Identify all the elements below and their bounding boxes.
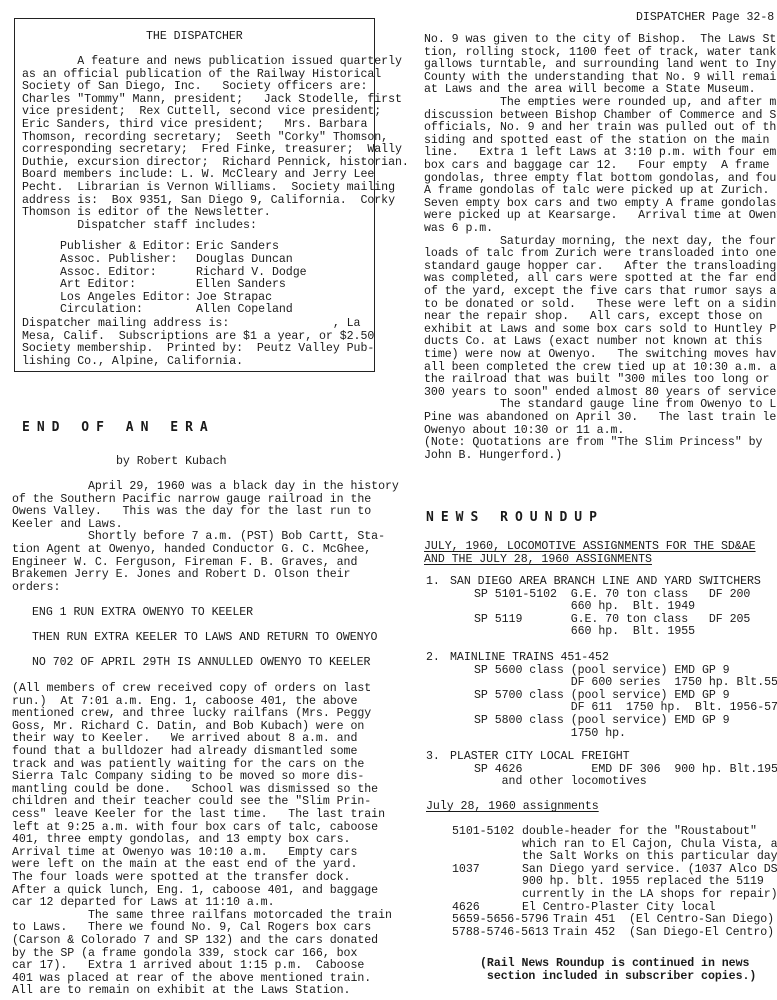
- article-text-line: gondolas, three empty flat bottom gondol…: [424, 173, 777, 185]
- article-text-line: tion, rolling stock, 1100 feet of track,…: [424, 47, 777, 59]
- assignment-unit: 5101-5102: [452, 826, 514, 838]
- right-column: No. 9 was given to the city of Bishop. T…: [0, 0, 777, 1000]
- section-detail-line: DF 600 series 1750 hp. Blt.55-6: [474, 677, 777, 689]
- section-detail-line: SP 5101-5102 G.E. 70 ton class DF 200: [474, 589, 750, 601]
- section-detail-line: DF 611 1750 hp. Blt. 1956-57: [474, 702, 777, 714]
- article-text-line: County with the understanding that No. 9…: [424, 72, 777, 84]
- article-text-line: gallows turntable, and surrounding land …: [424, 59, 777, 71]
- section-number: 3.: [426, 751, 440, 763]
- assignment-unit: 1037: [452, 864, 480, 876]
- article-text-line: John B. Hungerford.): [424, 450, 562, 462]
- section-detail-line: SP 4626 EMD DF 306 900 hp. Blt.1954: [474, 764, 777, 776]
- article-text-line: A frame gondolas of talc were picked up …: [424, 185, 769, 197]
- section-detail-line: SP 5600 class (pool service) EMD GP 9: [474, 665, 730, 677]
- article-text-line: The standard gauge line from Owenyo to L…: [424, 399, 777, 411]
- article-text-line: ducts Co. at Laws (exact number not know…: [424, 336, 762, 348]
- article-text-line: exhibit at Laws and some box cars sold t…: [424, 324, 777, 336]
- july28-heading: July 28, 1960 assignments: [426, 801, 599, 813]
- article-text-line: line. Extra 1 left Laws at 3:10 p.m. wit…: [424, 147, 777, 159]
- article-text-line: all been completed the crew tied up at 1…: [424, 362, 777, 374]
- assignment-detail: Train 451 (El Centro-San Diego): [553, 914, 774, 926]
- section-detail-line: 1750 hp.: [474, 728, 626, 740]
- section-detail-line: 660 hp. Blt. 1949: [474, 601, 695, 613]
- article-text-line: was completed, all cars were spotted at …: [424, 273, 777, 285]
- article-text-line: Pine was abandoned on April 30. The last…: [424, 412, 777, 424]
- news-footnote: (Rail News Roundup is continued in news: [480, 958, 749, 970]
- section-detail-line: SP 5700 class (pool service) EMD GP 9: [474, 690, 730, 702]
- article-text-line: were picked up at Kearsarge. Arrival tim…: [424, 210, 777, 222]
- assignment-detail: 900 hp. blt. 1955 replaced the 5119: [522, 876, 764, 888]
- assignment-unit: 4626: [452, 902, 480, 914]
- article-text-line: Saturday morning, the next day, the four: [424, 236, 776, 248]
- section-heading: MAINLINE TRAINS 451-452: [450, 652, 609, 664]
- section-detail-line: SP 5119 G.E. 70 ton class DF 205: [474, 614, 750, 626]
- assignment-detail: El Centro-Plaster City local: [522, 902, 715, 914]
- news-footnote: section included in subscriber copies.): [480, 971, 756, 983]
- news-subtitle: JULY, 1960, LOCOMOTIVE ASSIGNMENTS FOR T…: [424, 541, 756, 553]
- assignment-detail: double-header for the "Roustabout": [522, 826, 757, 838]
- section-detail-line: 660 hp. Blt. 1955: [474, 626, 695, 638]
- assignment-detail: San Diego yard service. (1037 Alco DS 9: [522, 864, 777, 876]
- section-heading: PLASTER CITY LOCAL FREIGHT: [450, 751, 630, 763]
- article-text-line: was 6 p.m.: [424, 223, 493, 235]
- assignment-detail: Train 452 (San Diego-El Centro): [553, 927, 774, 939]
- article-text-line: Seven empty box cars and two empty A fra…: [424, 198, 776, 210]
- section-number: 2.: [426, 652, 440, 664]
- article-text-line: the railroad that was built "300 miles t…: [424, 374, 769, 386]
- assignment-unit: 5659-5656-5796: [452, 914, 549, 926]
- article-text-line: to be donated or sold. These were left o…: [424, 299, 777, 311]
- article-text-line: The empties were rounded up, and after m…: [424, 97, 777, 109]
- news-roundup-title: NEWS ROUNDUP: [426, 510, 604, 525]
- article-text-line: discussion between Bishop Chamber of Com…: [424, 110, 777, 122]
- article-text-line: Owenyo about 10:30 or 11 a.m.: [424, 425, 624, 437]
- section-detail-line: and other locomotives: [474, 776, 647, 788]
- article-text-line: siding and spotted east of the station o…: [424, 135, 769, 147]
- article-text-line: No. 9 was given to the city of Bishop. T…: [424, 34, 777, 46]
- news-subtitle: AND THE JULY 28, 1960 ASSIGNMENTS: [424, 554, 652, 566]
- article-text-line: loads of talc from Zurich were transload…: [424, 248, 776, 260]
- article-text-line: time) were now at Owenyo. The switching …: [424, 349, 777, 361]
- assignment-detail: the Salt Works on this particular day.: [522, 851, 777, 863]
- article-text-line: of the yard, except the five cars that r…: [424, 286, 777, 298]
- section-heading: SAN DIEGO AREA BRANCH LINE AND YARD SWIT…: [450, 576, 761, 588]
- section-number: 1.: [426, 576, 440, 588]
- assignment-detail: which ran to El Cajon, Chula Vista, and: [522, 839, 777, 851]
- article-text-line: near the repair shop. All cars, except t…: [424, 311, 762, 323]
- section-detail-line: SP 5800 class (pool service) EMD GP 9: [474, 715, 730, 727]
- article-text-line: at Laws and the area will become a State…: [424, 84, 756, 96]
- assignment-detail: currently in the LA shops for repair): [522, 889, 777, 901]
- article-text-line: officials, No. 9 and her train was pulle…: [424, 122, 777, 134]
- article-text-line: (Note: Quotations are from "The Slim Pri…: [424, 437, 762, 449]
- assignment-unit: 5788-5746-5613: [452, 927, 549, 939]
- article-text-line: standard gauge hopper car. After the tra…: [424, 261, 776, 273]
- article-text-line: 300 years to soon" ended almost 80 years…: [424, 387, 777, 399]
- article-text-line: box cars and baggage car 12. Four empty …: [424, 160, 769, 172]
